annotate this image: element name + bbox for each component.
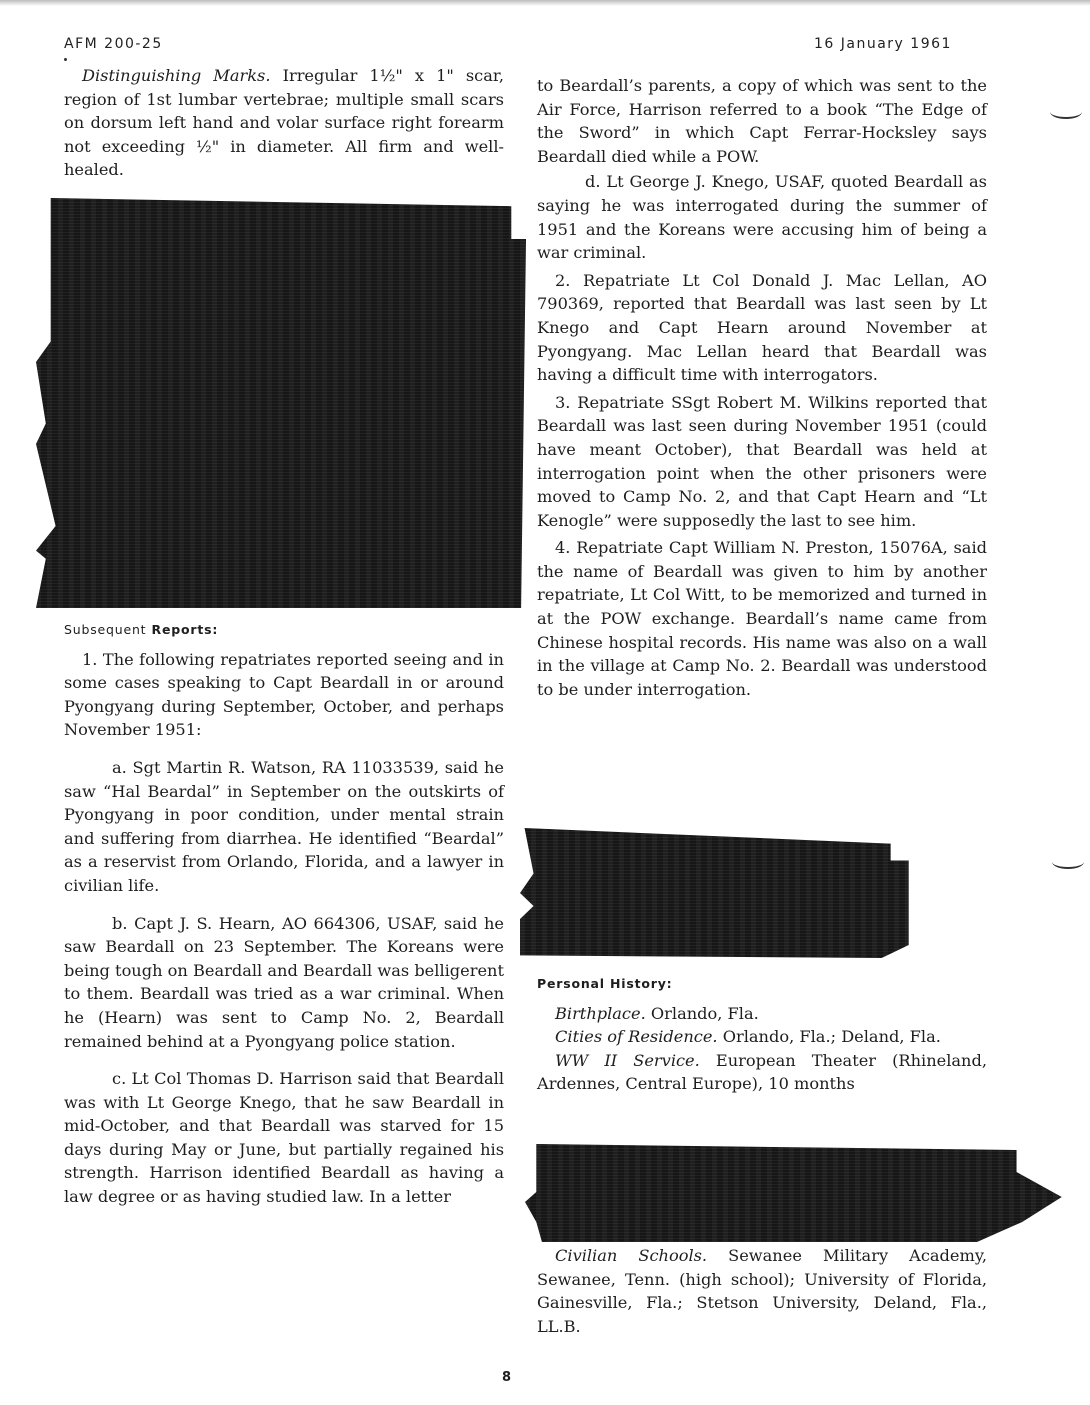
ww2-label: WW II Service. [555, 1051, 700, 1070]
margin-mark [1050, 105, 1082, 119]
residence-text: Orlando, Fla.; Deland, Fla. [718, 1027, 941, 1046]
schools-label: Civilian Schools. [555, 1246, 707, 1265]
page-number: 8 [502, 1370, 511, 1385]
left-column: Distinguishing Marks. Irregular 1½" x 1"… [64, 64, 504, 182]
redaction-block [520, 828, 972, 958]
document-date: 16 January 1961 [814, 36, 952, 52]
scan-top-edge [0, 0, 1090, 6]
paragraph-1: 1. The following repatriates reported se… [64, 648, 504, 742]
distinguishing-marks: Distinguishing Marks. Irregular 1½" x 1"… [64, 64, 504, 182]
birthplace-label: Birthplace. [555, 1004, 646, 1023]
paragraph-2: 2. Repatriate Lt Col Donald J. Mac Lella… [537, 269, 987, 387]
birthplace-text: Orlando, Fla. [646, 1004, 759, 1023]
residence: Cities of Residence. Orlando, Fla.; Dela… [537, 1025, 987, 1049]
birthplace: Birthplace. Orlando, Fla. [537, 1002, 987, 1026]
civilian-schools: Civilian Schools. Sewanee Military Acade… [537, 1244, 987, 1338]
subsequent-reports-heading: Subsequent Reports: [64, 618, 504, 642]
ww2-service: WW II Service. European Theater (Rhinela… [537, 1049, 987, 1096]
personal-history: Personal History: Birthplace. Orlando, F… [537, 968, 987, 1096]
paragraph-b: b. Capt J. S. Hearn, AO 664306, USAF, sa… [64, 912, 504, 1054]
distinguishing-marks-label: Distinguishing Marks. [82, 66, 271, 85]
residence-label: Cities of Residence. [555, 1027, 718, 1046]
stray-mark [64, 58, 67, 61]
paragraph-c-continued: to Beardall’s parents, a copy of which w… [537, 74, 987, 168]
heading-part: Reports: [146, 622, 218, 637]
document-id: AFM 200-25 [64, 36, 163, 52]
personal-history-heading: Personal History: [537, 972, 987, 996]
civilian-schools-block: Civilian Schools. Sewanee Military Acade… [537, 1244, 987, 1338]
heading-part: Subsequent [64, 622, 146, 637]
margin-mark [1052, 855, 1084, 869]
paragraph-4: 4. Repatriate Capt William N. Preston, 1… [537, 536, 987, 701]
redaction-block [525, 1142, 1090, 1242]
right-column: to Beardall’s parents, a copy of which w… [537, 74, 987, 701]
paragraph-a: a. Sgt Martin R. Watson, RA 11033539, sa… [64, 756, 504, 898]
redaction-block [36, 198, 526, 608]
paragraph-d: d. Lt George J. Knego, USAF, quoted Bear… [537, 170, 987, 264]
paragraph-3: 3. Repatriate SSgt Robert M. Wilkins rep… [537, 391, 987, 533]
paragraph-c: c. Lt Col Thomas D. Harrison said that B… [64, 1067, 504, 1209]
left-column-lower: Subsequent Reports: 1. The following rep… [64, 614, 504, 1209]
